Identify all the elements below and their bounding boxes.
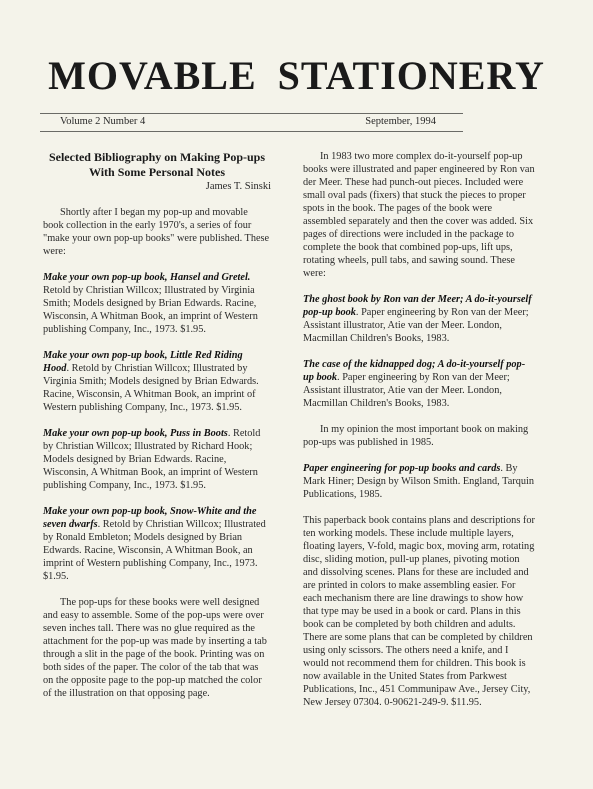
paperback-paragraph: This paperback book contains plans and d… (303, 514, 535, 709)
bibliography-entry: Make your own pop-up book, Hansel and Gr… (43, 271, 271, 336)
popups-paragraph: The pop-ups for these books were well de… (43, 596, 271, 700)
entry-title: Paper engineering for pop-up books and c… (303, 463, 500, 474)
right-intro-paragraph: In 1983 two more complex do-it-yourself … (303, 150, 535, 280)
issue-date: September, 1994 (365, 116, 436, 127)
header-rule-top (40, 113, 463, 114)
header-rule-bottom (40, 131, 463, 132)
opinion-paragraph: In my opinion the most important book on… (303, 423, 535, 449)
right-column: In 1983 two more complex do-it-yourself … (303, 150, 535, 722)
entry-details: Retold by Christian Willcox; Illustrated… (43, 285, 258, 335)
article-title: Selected Bibliography on Making Pop-ups … (43, 150, 271, 180)
bibliography-entry: The case of the kidnapped dog; A do-it-y… (303, 358, 535, 410)
intro-paragraph: Shortly after I began my pop-up and mova… (43, 206, 271, 258)
bibliography-entry: Make your own pop-up book, Little Red Ri… (43, 349, 271, 414)
article-author: James T. Sinski (43, 180, 271, 193)
left-column: Selected Bibliography on Making Pop-ups … (43, 150, 271, 713)
entry-details: . Retold by Christian Willcox; Illustrat… (43, 363, 259, 413)
bibliography-entry: The ghost book by Ron van der Meer; A do… (303, 293, 535, 345)
article-title-line2: With Some Personal Notes (89, 165, 225, 179)
entry-title: Make your own pop-up book, Puss in Boots (43, 428, 228, 439)
entry-title: Make your own pop-up book, Hansel and Gr… (43, 272, 250, 283)
bibliography-entry: Make your own pop-up book, Snow-White an… (43, 505, 271, 583)
volume-number: Volume 2 Number 4 (60, 116, 145, 127)
newsletter-title: MOVABLE STATIONERY (0, 52, 593, 99)
featured-bibliography-entry: Paper engineering for pop-up books and c… (303, 462, 535, 501)
article-title-line1: Selected Bibliography on Making Pop-ups (49, 150, 265, 164)
bibliography-entry: Make your own pop-up book, Puss in Boots… (43, 427, 271, 492)
issue-line: Volume 2 Number 4 September, 1994 (60, 116, 436, 127)
